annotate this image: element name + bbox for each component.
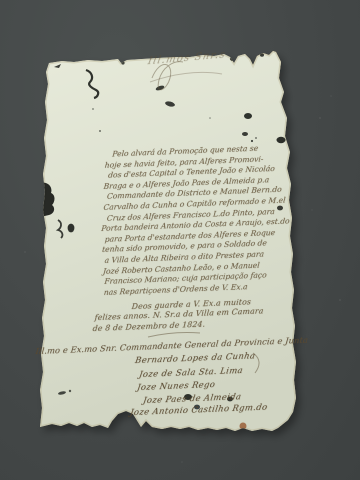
rust-spot: [240, 423, 247, 430]
manuscript-photo: Ill.mos Snr.s Pelo alvará da Promoção qu…: [0, 0, 360, 480]
letter-body: Pelo alvará da Promoção que nesta se hoj…: [98, 142, 292, 298]
